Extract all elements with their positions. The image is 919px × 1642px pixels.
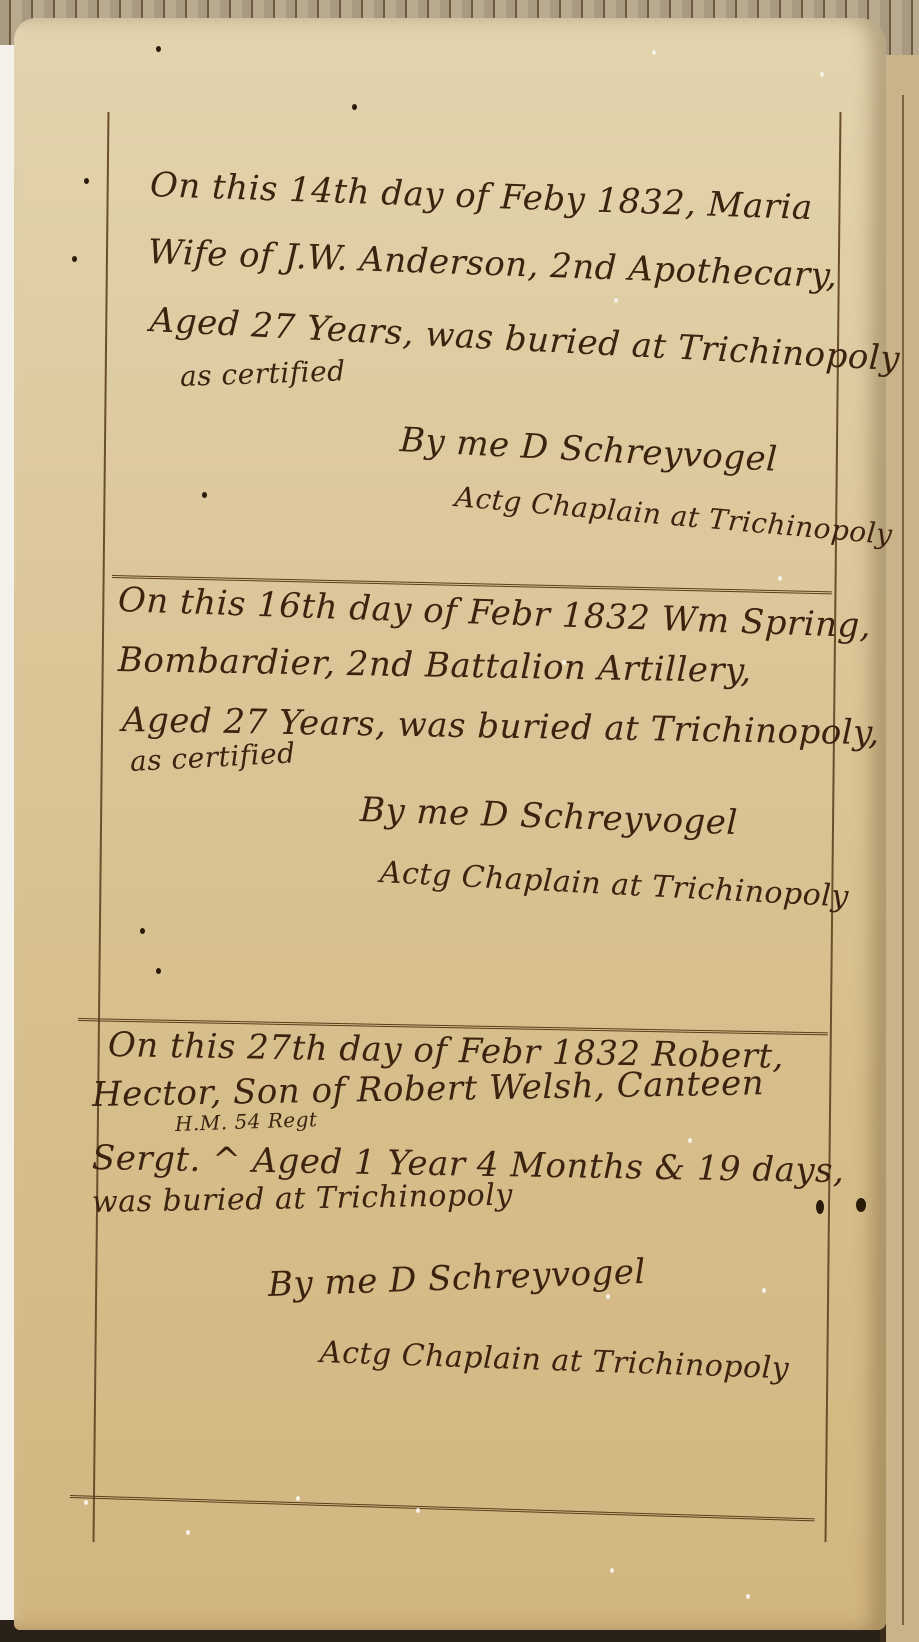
light-speck (688, 1138, 692, 1143)
light-speck (746, 1594, 750, 1599)
light-speck (296, 1496, 300, 1501)
light-speck (652, 50, 656, 55)
light-speck (416, 1508, 420, 1513)
ink-spot (84, 178, 89, 184)
interlinear-annotation: H.M. 54 Regt (175, 1107, 318, 1136)
light-speck (820, 72, 824, 77)
ink-spot (72, 256, 77, 262)
light-speck (84, 1500, 88, 1505)
light-speck (186, 1530, 190, 1535)
ink-spot (202, 492, 207, 498)
ink-spot (140, 928, 145, 934)
light-speck (762, 1288, 766, 1293)
ink-spot (856, 1198, 866, 1212)
light-speck (778, 576, 782, 581)
light-speck (610, 1568, 614, 1573)
ink-spot (816, 1200, 824, 1214)
ink-spot (156, 46, 161, 52)
adjacent-page-rule (902, 95, 904, 1625)
ink-spot (352, 104, 357, 110)
light-speck (614, 298, 618, 303)
light-speck (562, 660, 566, 665)
ink-spot (156, 968, 161, 974)
light-speck (606, 1294, 610, 1299)
entry-text-line: was buried at Trichinopoly (92, 1178, 513, 1220)
entry-text-line: as certified (179, 354, 346, 393)
